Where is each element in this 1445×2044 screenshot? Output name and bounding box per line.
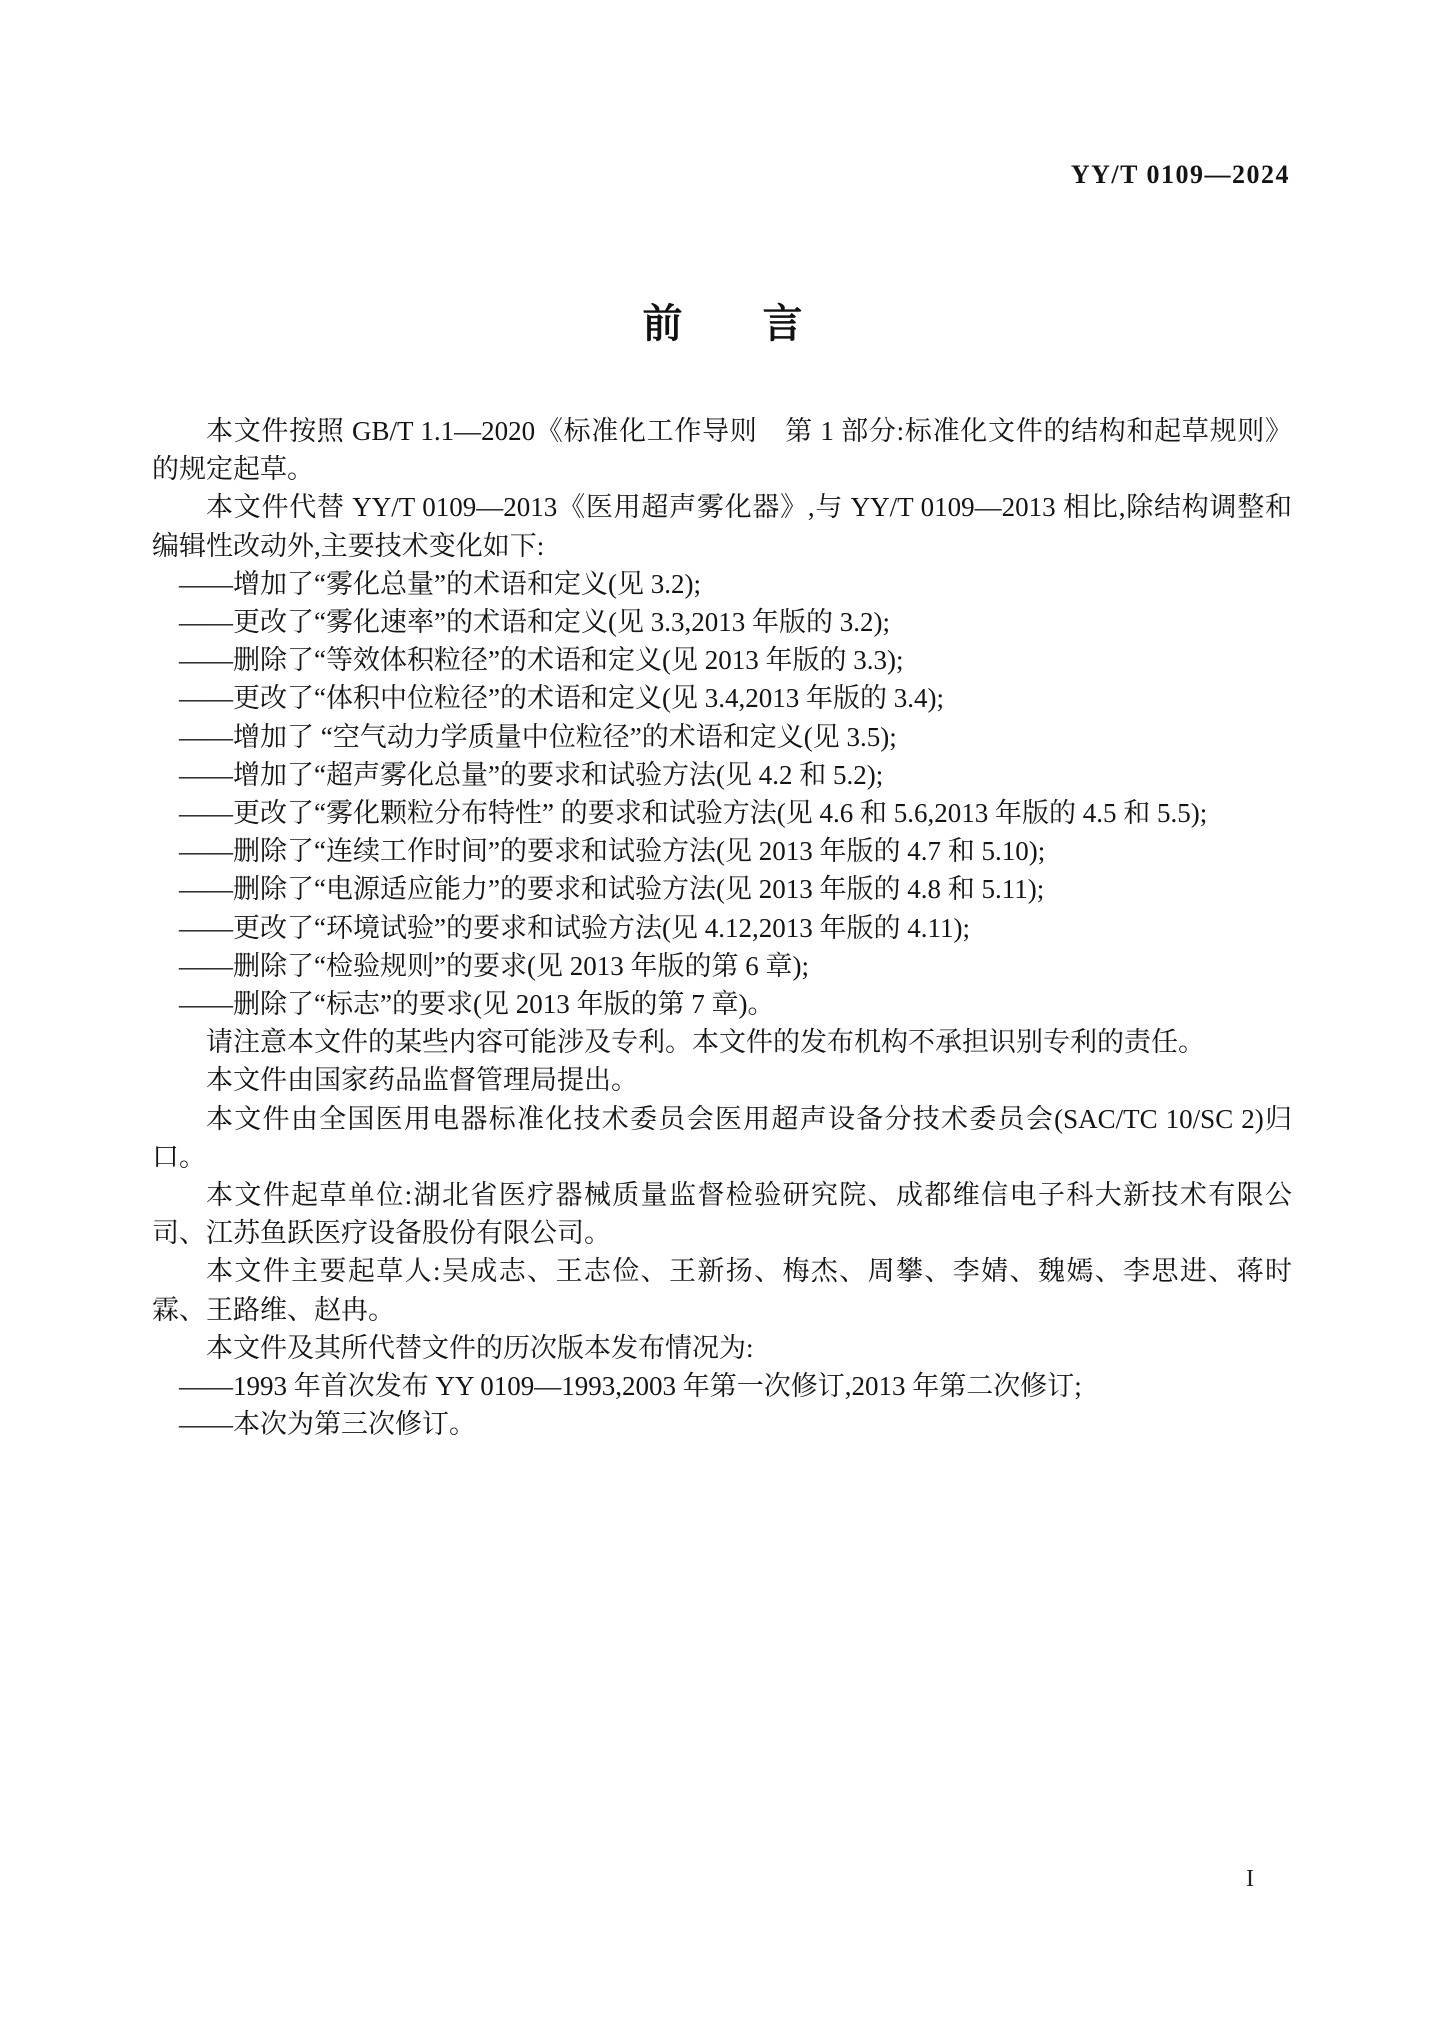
history-intro: 本文件及其所代替文件的历次版本发布情况为:	[152, 1329, 1292, 1367]
committee-note: 本文件由全国医用电器标准化技术委员会医用超声设备分技术委员会(SAC/TC 10…	[152, 1100, 1292, 1176]
change-item: ——增加了“超声雾化总量”的要求和试验方法(见 4.2 和 5.2);	[152, 756, 1292, 794]
change-item: ——删除了“连续工作时间”的要求和试验方法(见 2013 年版的 4.7 和 5…	[152, 832, 1292, 870]
page-number: I	[1246, 1866, 1254, 1893]
change-item: ——增加了 “空气动力学质量中位粒径”的术语和定义(见 3.5);	[152, 718, 1292, 756]
history-item: ——1993 年首次发布 YY 0109—1993,2003 年第一次修订,20…	[152, 1367, 1292, 1405]
drafters: 本文件主要起草人:吴成志、王志俭、王新扬、梅杰、周攀、李婧、魏嫣、李思进、蒋时霖…	[152, 1252, 1292, 1328]
change-item: ——更改了“雾化颗粒分布特性” 的要求和试验方法(见 4.6 和 5.6,201…	[152, 794, 1292, 832]
foreword-body: 本文件按照 GB/T 1.1—2020《标准化工作导则 第 1 部分:标准化文件…	[152, 412, 1292, 1443]
page-title: 前 言	[0, 292, 1445, 349]
change-item: ——增加了“雾化总量”的术语和定义(见 3.2);	[152, 565, 1292, 603]
patent-note: 请注意本文件的某些内容可能涉及专利。本文件的发布机构不承担识别专利的责任。	[152, 1023, 1292, 1061]
intro-paragraph: 本文件按照 GB/T 1.1—2020《标准化工作导则 第 1 部分:标准化文件…	[152, 412, 1292, 488]
standard-number: YY/T 0109—2024	[1071, 160, 1290, 190]
history-item: ——本次为第三次修订。	[152, 1405, 1292, 1443]
change-item: ——删除了“电源适应能力”的要求和试验方法(见 2013 年版的 4.8 和 5…	[152, 870, 1292, 908]
change-item: ——删除了“标志”的要求(见 2013 年版的第 7 章)。	[152, 985, 1292, 1023]
change-item: ——更改了“雾化速率”的术语和定义(见 3.3,2013 年版的 3.2);	[152, 603, 1292, 641]
issuing-body: 本文件由国家药品监督管理局提出。	[152, 1061, 1292, 1099]
intro-paragraph: 本文件代替 YY/T 0109—2013《医用超声雾化器》,与 YY/T 010…	[152, 488, 1292, 564]
document-page: YY/T 0109—2024 前 言 本文件按照 GB/T 1.1—2020《标…	[0, 0, 1445, 2044]
change-item: ——更改了“体积中位粒径”的术语和定义(见 3.4,2013 年版的 3.4);	[152, 679, 1292, 717]
change-item: ——删除了“检验规则”的要求(见 2013 年版的第 6 章);	[152, 947, 1292, 985]
change-item: ——删除了“等效体积粒径”的术语和定义(见 2013 年版的 3.3);	[152, 641, 1292, 679]
drafting-organizations: 本文件起草单位:湖北省医疗器械质量监督检验研究院、成都维信电子科大新技术有限公司…	[152, 1176, 1292, 1252]
change-item: ——更改了“环境试验”的要求和试验方法(见 4.12,2013 年版的 4.11…	[152, 909, 1292, 947]
